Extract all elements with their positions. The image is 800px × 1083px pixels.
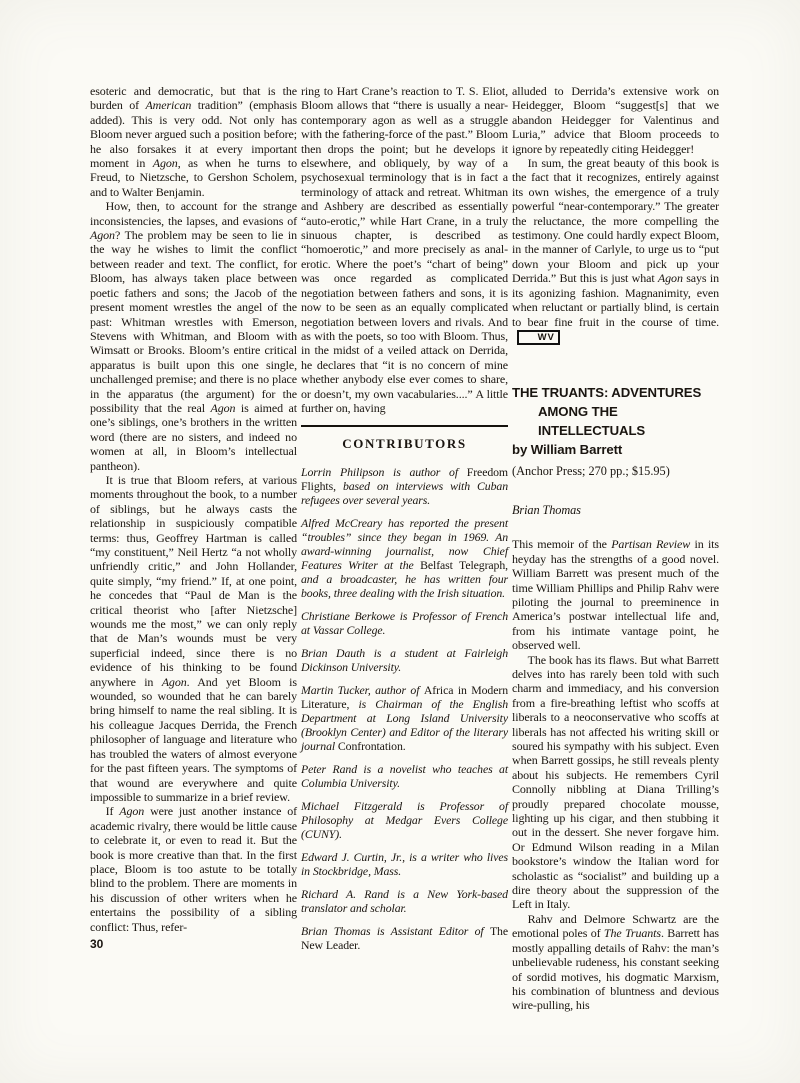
- article-text-left: esoteric and democratic, but that is the…: [90, 84, 297, 934]
- paragraph: Richard A. Rand is a New York-based tran…: [301, 887, 508, 915]
- paragraph: Christiane Berkowe is Professor of Frenc…: [301, 609, 508, 637]
- review-text: This memoir of the Partisan Review in it…: [512, 537, 719, 1012]
- paragraph: In sum, the great beauty of this book is…: [512, 156, 719, 345]
- column-left: esoteric and democratic, but that is the…: [90, 84, 297, 951]
- paragraph: The book has its flaws. But what Barrett…: [512, 653, 719, 912]
- book-publisher-info: (Anchor Press; 270 pp.; $15.95): [512, 462, 719, 481]
- paragraph: Peter Rand is a novelist who teaches at …: [301, 762, 508, 790]
- paragraph: Edward J. Curtin, Jr., is a writer who l…: [301, 850, 508, 878]
- paragraph: This memoir of the Partisan Review in it…: [512, 537, 719, 652]
- book-title-line2: AMONG THE INTELLECTUALS: [512, 402, 719, 440]
- magazine-page: esoteric and democratic, but that is the…: [0, 0, 800, 1083]
- paragraph: Alfred McCreary has reported the present…: [301, 516, 508, 600]
- article-text-middle: ring to Hart Crane’s reaction to T. S. E…: [301, 84, 508, 415]
- book-title-line1: THE TRUANTS: ADVENTURES: [512, 383, 719, 402]
- end-of-article-mark: WV: [517, 330, 560, 345]
- paragraph: esoteric and democratic, but that is the…: [90, 84, 297, 199]
- paragraph: Lorrin Philipson is author of Freedom Fl…: [301, 465, 508, 507]
- paragraph: Martin Tucker, author of Africa in Moder…: [301, 683, 508, 753]
- paragraph: Michael Fitzgerald is Professor of Philo…: [301, 799, 508, 841]
- article-text-right: alluded to Derrida’s extensive work on H…: [512, 84, 719, 345]
- contributors-title: CONTRIBUTORS: [301, 437, 508, 451]
- paragraph: Rahv and Delmore Schwartz are the emotio…: [512, 912, 719, 1013]
- reviewer-byline: Brian Thomas: [512, 503, 719, 517]
- paragraph: Brian Dauth is a student at Fairleigh Di…: [301, 646, 508, 674]
- paragraph: How, then, to account for the strange in…: [90, 199, 297, 473]
- book-author-byline: by William Barrett: [512, 440, 719, 459]
- contributors-section: CONTRIBUTORS Lorrin Philipson is author …: [301, 425, 508, 951]
- column-right: alluded to Derrida’s extensive work on H…: [512, 84, 719, 1013]
- paragraph: ring to Hart Crane’s reaction to T. S. E…: [301, 84, 508, 415]
- paragraph: If Agon were just another instance of ac…: [90, 804, 297, 934]
- page-number: 30: [90, 937, 297, 951]
- paragraph: alluded to Derrida’s extensive work on H…: [512, 84, 719, 156]
- contributors-divider-rule: [301, 425, 508, 427]
- column-middle: ring to Hart Crane’s reaction to T. S. E…: [301, 84, 508, 961]
- paragraph: Brian Thomas is Assistant Editor of The …: [301, 924, 508, 952]
- review-book-heading: THE TRUANTS: ADVENTURES AMONG THE INTELL…: [512, 383, 719, 481]
- paragraph: It is true that Bloom refers, at various…: [90, 473, 297, 804]
- contributors-entries: Lorrin Philipson is author of Freedom Fl…: [301, 465, 508, 952]
